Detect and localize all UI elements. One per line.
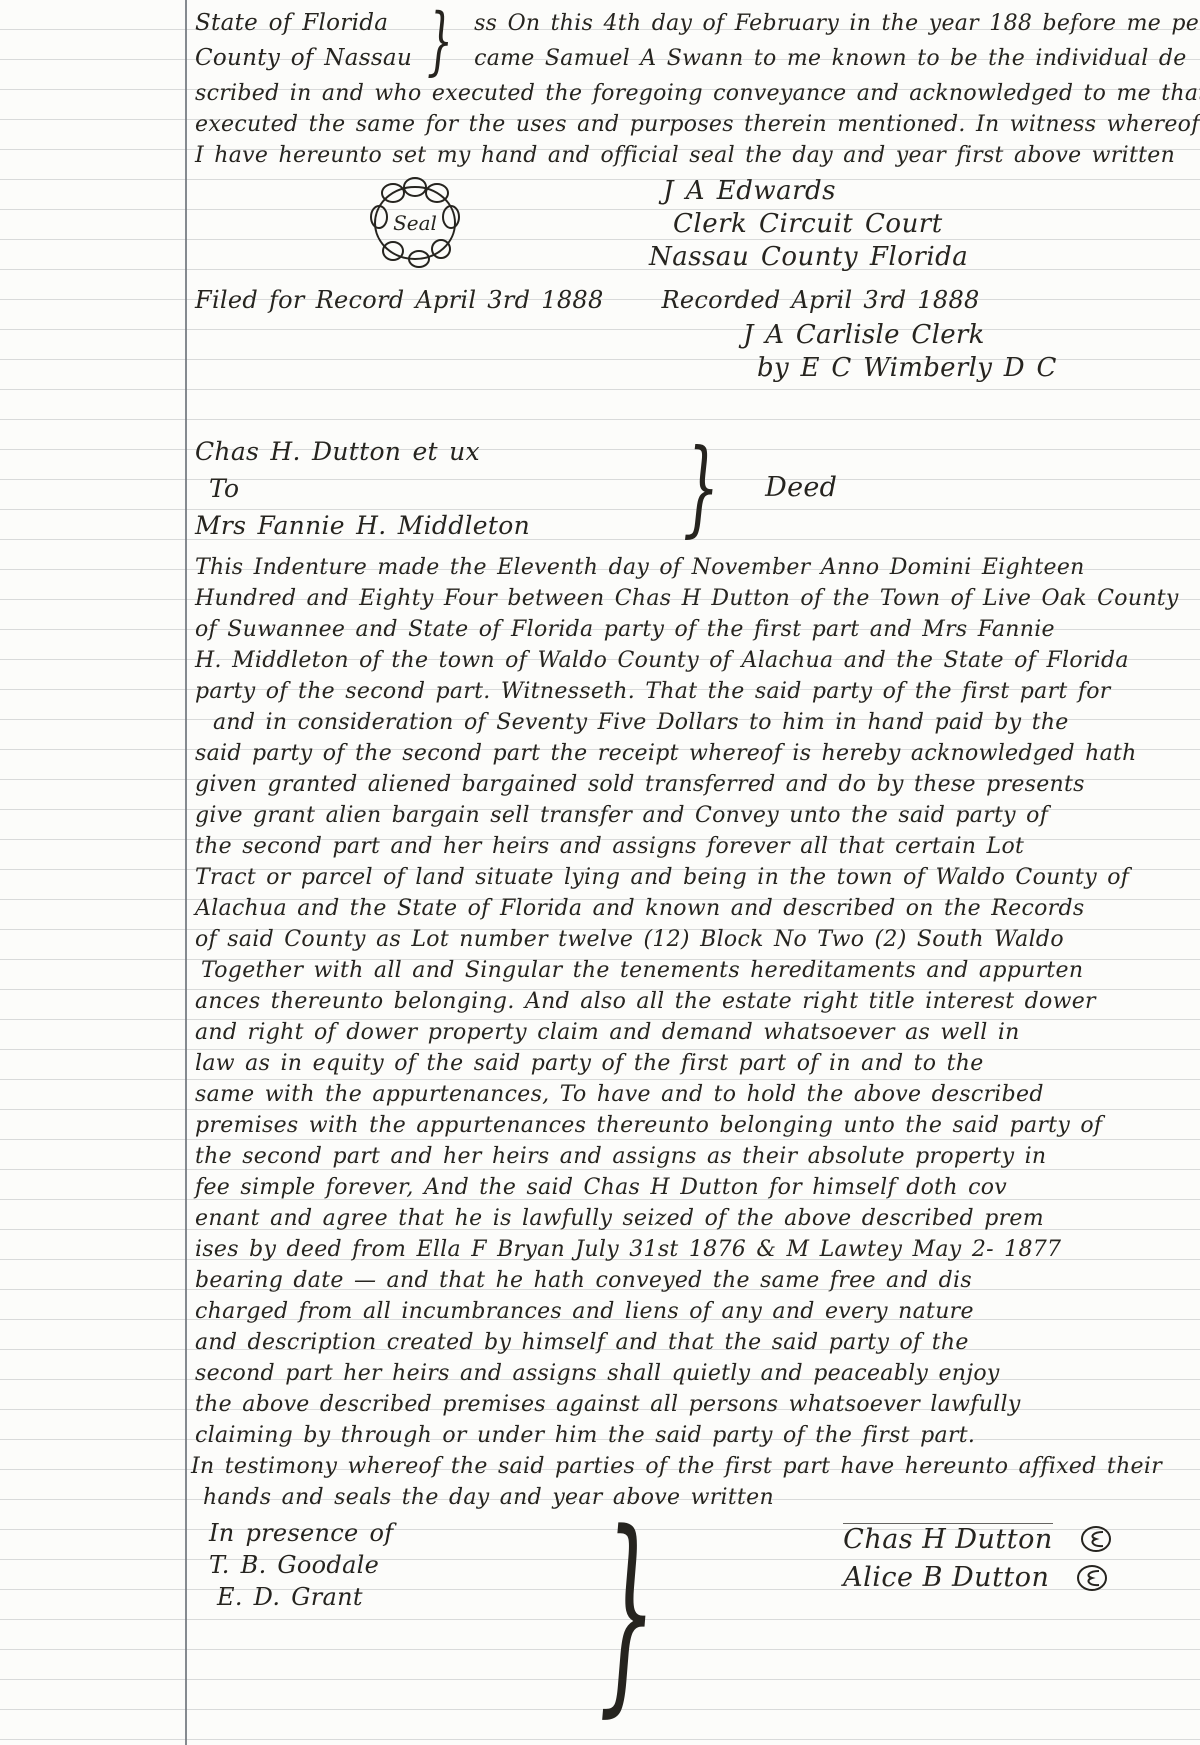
caption-brace-glyph: } xyxy=(683,435,719,539)
deed-body-line: This Indenture made the Eleventh day of … xyxy=(195,552,1170,583)
deed-body-line: party of the second part. Witnesseth. Th… xyxy=(195,676,1170,707)
deed-body-line: ances thereunto belonging. And also all … xyxy=(195,986,1170,1017)
deed-body-line: of said County as Lot number twelve (12)… xyxy=(195,924,1170,955)
instrument-type-label: Deed xyxy=(765,473,837,503)
notary-officer-signature: J A EdwardsClerk Circuit CourtNassau Cou… xyxy=(663,175,968,274)
caption-party-line: To xyxy=(209,470,525,507)
acknowledgment-body: scribed in and who executed the foregoin… xyxy=(195,78,1170,171)
caption-parties: Chas H. Dutton et uxToMrs Fannie H. Midd… xyxy=(195,433,525,544)
deed-body: This Indenture made the Eleventh day of … xyxy=(195,552,1170,1513)
deed-body-line: and description created by himself and t… xyxy=(195,1327,1170,1358)
seal-scribble-icon xyxy=(1075,1563,1109,1593)
deed-body-line: enant and agree that he is lawfully seiz… xyxy=(195,1203,1170,1234)
grantor-signature: Chas H Dutton xyxy=(843,1523,1053,1555)
officer-signature-line: Nassau County Florida xyxy=(649,241,968,274)
witness-heading: In presence of xyxy=(209,1517,449,1549)
deed-body-line: Alachua and the State of Florida and kno… xyxy=(195,893,1170,924)
deed-body-line: fee simple forever, And the said Chas H … xyxy=(195,1172,1170,1203)
signature-row: Chas H Dutton xyxy=(843,1519,1113,1558)
seal-doodle-icon: Seal xyxy=(363,177,467,269)
deed-body-line: the above described premises against all… xyxy=(195,1389,1170,1420)
officer-signature-line: Clerk Circuit Court xyxy=(673,208,968,241)
deed-body-line: second part her heirs and assigns shall … xyxy=(195,1358,1170,1389)
acknowledgment-line: came Samuel A Swann to me known to be th… xyxy=(474,41,1200,76)
acknowledgment-line: I have hereunto set my hand and official… xyxy=(195,140,1170,171)
deed-body-line: give grant alien bargain sell transfer a… xyxy=(195,800,1170,831)
officer-signature-line: J A Edwards xyxy=(663,175,968,208)
acknowledgment-section: State of FloridaCounty of Nassau } ss On… xyxy=(195,6,1170,171)
deed-body-line: the second part and her heirs and assign… xyxy=(195,1141,1170,1172)
acknowledgment-head: State of FloridaCounty of Nassau } ss On… xyxy=(195,6,1170,76)
deed-body-line: H. Middleton of the town of Waldo County… xyxy=(195,645,1170,676)
grantor-signature: Alice B Dutton xyxy=(843,1562,1049,1593)
clerk-signature-line: by E C Wimberly D C xyxy=(757,352,1170,385)
acknowledgment-line: executed the same for the uses and purpo… xyxy=(195,109,1170,140)
venue-column: State of FloridaCounty of Nassau xyxy=(195,6,427,76)
acknowledgment-opening: ss On this 4th day of February in the ye… xyxy=(474,6,1200,76)
acknowledgment-line: scribed in and who executed the foregoin… xyxy=(195,78,1170,109)
deed-body-line: In testimony whereof the said parties of… xyxy=(191,1451,1170,1482)
deed-body-line: bearing date — and that he hath conveyed… xyxy=(195,1265,1170,1296)
deed-body-line: premises with the appurtenances thereunt… xyxy=(195,1110,1170,1141)
deed-body-line: given granted aliened bargained sold tra… xyxy=(195,769,1170,800)
deed-record-page: State of FloridaCounty of Nassau } ss On… xyxy=(0,0,1200,1745)
recording-clerk-signature: J A Carlisle Clerkby E C Wimberly D C xyxy=(743,319,1170,385)
page-content: State of FloridaCounty of Nassau } ss On… xyxy=(195,6,1170,1719)
closing-section: In presence of T. B. GoodaleE. D. Grant … xyxy=(195,1517,1170,1719)
seal-scribble-icon xyxy=(1079,1524,1113,1554)
seal-label: Seal xyxy=(393,211,437,235)
witness-name: E. D. Grant xyxy=(217,1581,449,1613)
deed-body-line: Together with all and Singular the tenem… xyxy=(201,955,1170,986)
notary-signature-row: Seal J A EdwardsClerk Circuit CourtNassa… xyxy=(195,175,1170,279)
venue-line: County of Nassau xyxy=(195,41,427,76)
acknowledgment-line: ss On this 4th day of February in the ye… xyxy=(474,6,1200,41)
case-caption: Chas H. Dutton et uxToMrs Fannie H. Midd… xyxy=(195,433,1170,544)
deed-body-line: ises by deed from Ella F Bryan July 31st… xyxy=(195,1234,1170,1265)
deed-body-line: law as in equity of the said party of th… xyxy=(195,1048,1170,1079)
deed-body-line: and in consideration of Seventy Five Dol… xyxy=(213,707,1170,738)
recording-stamp-row: Filed for Record April 3rd 1888 Recorded… xyxy=(195,285,1170,315)
deed-body-line: of Suwannee and State of Florida party o… xyxy=(195,614,1170,645)
deed-body-line: hands and seals the day and year above w… xyxy=(203,1482,1170,1513)
grantor-signature-column: Chas H Dutton Alice B Dutton xyxy=(843,1519,1113,1597)
witness-column: In presence of T. B. GoodaleE. D. Grant xyxy=(209,1517,449,1613)
witness-name: T. B. Goodale xyxy=(209,1549,449,1581)
clerk-signature-line: J A Carlisle Clerk xyxy=(743,319,1170,352)
deed-body-line: claiming by through or under him the sai… xyxy=(195,1420,1170,1451)
filed-date: Filed for Record April 3rd 1888 xyxy=(195,285,604,315)
deed-body-line: and right of dower property claim and de… xyxy=(195,1017,1170,1048)
deed-body-line: said party of the second part the receip… xyxy=(195,738,1170,769)
recorded-date: Recorded April 3rd 1888 xyxy=(662,285,980,315)
caption-party-line: Chas H. Dutton et ux xyxy=(195,433,525,470)
venue-line: State of Florida xyxy=(195,6,427,41)
margin-rule xyxy=(185,0,187,1745)
brace-glyph: } xyxy=(427,6,453,76)
closing-brace-glyph: } xyxy=(599,1505,656,1719)
deed-body-line: the second part and her heirs and assign… xyxy=(195,831,1170,862)
witness-names: T. B. GoodaleE. D. Grant xyxy=(209,1549,449,1613)
deed-body-line: Tract or parcel of land situate lying an… xyxy=(195,862,1170,893)
caption-party-line: Mrs Fannie H. Middleton xyxy=(195,507,525,544)
deed-body-line: same with the appurtenances, To have and… xyxy=(195,1079,1170,1110)
signature-row: Alice B Dutton xyxy=(843,1558,1113,1597)
deed-body-line: charged from all incumbrances and liens … xyxy=(195,1296,1170,1327)
deed-body-line: Hundred and Eighty Four between Chas H D… xyxy=(195,583,1170,614)
